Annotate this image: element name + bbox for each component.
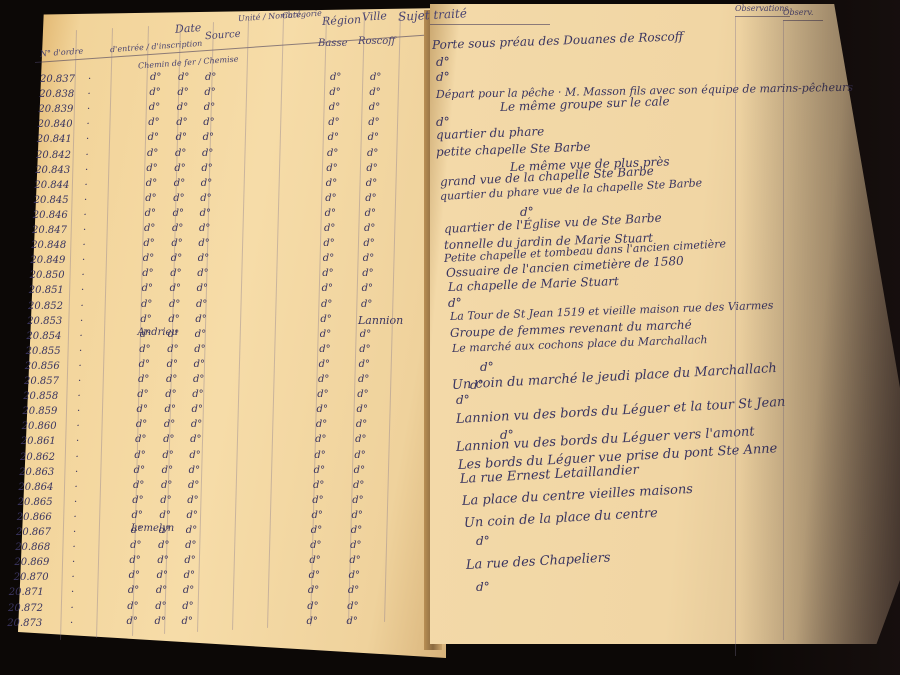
order-number: 20.867 (16, 527, 51, 538)
ditto-mark: d° (195, 329, 206, 340)
row-mark: · (72, 572, 75, 583)
order-number: 20.849 (30, 255, 65, 266)
row-mark: · (71, 587, 74, 598)
ditto-mark: d° (198, 253, 209, 264)
ditto-mark: d° (323, 238, 334, 249)
ditto-mark: d° (194, 359, 205, 370)
ditto-mark: d° (166, 374, 177, 385)
ditto-mark: d° (354, 465, 365, 476)
column-rule (735, 16, 736, 656)
ditto-mark: d° (189, 465, 200, 476)
ditto-mark: d° (167, 359, 178, 370)
ditto-mark: d° (366, 178, 377, 189)
ditto-mark: d° (164, 419, 175, 430)
row-mark: · (78, 376, 81, 387)
ditto-mark: d° (359, 359, 370, 370)
ditto-mark: d° (320, 329, 331, 340)
order-number: 20.838 (39, 89, 74, 100)
ditto-mark: d° (197, 268, 208, 279)
ditto-mark: d° (185, 540, 196, 551)
row-mark: · (87, 104, 90, 115)
ditto-mark: d° (319, 359, 330, 370)
ditto-mark: d° (323, 253, 334, 264)
header-rule-right (735, 16, 790, 17)
ditto-mark: d° (126, 616, 137, 627)
ditto-mark: d° (317, 389, 328, 400)
ditto-mark: d° (134, 465, 145, 476)
row-mark: · (77, 406, 80, 417)
order-number: 20.850 (30, 270, 65, 281)
row-mark: · (77, 421, 80, 432)
order-number: 20.839 (38, 104, 73, 115)
ditto-mark: d° (358, 374, 369, 385)
ditto-mark: d° (172, 223, 183, 234)
ditto-mark: d° (360, 329, 371, 340)
ditto-mark: d° (142, 283, 153, 294)
ditto-mark: d° (370, 72, 381, 83)
ditto-mark: d° (312, 495, 323, 506)
row-mark: · (88, 89, 91, 100)
ditto-mark: d° (352, 510, 363, 521)
ditto-mark: d° (162, 450, 173, 461)
row-mark: · (83, 240, 86, 251)
ditto-mark: d° (327, 148, 338, 159)
order-number: 20.865 (18, 497, 53, 508)
ditto-mark: d° (369, 102, 380, 113)
ditto-mark: d° (184, 570, 195, 581)
ditto-mark: d° (436, 70, 450, 84)
ditto-mark: d° (147, 148, 158, 159)
ditto-mark: d° (476, 580, 490, 594)
order-number: 20.857 (24, 376, 59, 387)
order-number: 20.862 (20, 452, 55, 463)
ditto-mark: d° (127, 601, 138, 612)
ditto-mark: d° (306, 616, 317, 627)
row-mark: · (72, 557, 75, 568)
order-number: 20.847 (32, 225, 67, 236)
order-number: 20.851 (29, 285, 64, 296)
ditto-mark: d° (317, 404, 328, 415)
ditto-mark: d° (448, 296, 462, 310)
ditto-mark: d° (171, 253, 182, 264)
row-mark: · (86, 134, 89, 145)
ditto-mark: d° (163, 434, 174, 445)
ditto-mark: d° (326, 178, 337, 189)
ditto-mark: d° (148, 132, 159, 143)
header-date: Date (175, 21, 202, 36)
ditto-mark: d° (319, 344, 330, 355)
ditto-mark: d° (187, 510, 198, 521)
ditto-mark: d° (183, 585, 194, 596)
row-mark: · (78, 391, 81, 402)
ditto-mark: d° (154, 616, 165, 627)
ditto-mark: d° (361, 299, 372, 310)
ditto-mark: d° (201, 163, 212, 174)
ditto-mark: d° (155, 601, 166, 612)
ditto-mark: d° (128, 585, 139, 596)
order-number: 20.870 (14, 572, 49, 583)
column-annotation: Lemelyn (131, 523, 174, 534)
ditto-mark: d° (310, 540, 321, 551)
row-mark: · (75, 482, 78, 493)
order-number: 20.873 (7, 618, 42, 629)
ditto-mark: d° (356, 419, 367, 430)
ditto-mark: d° (307, 601, 318, 612)
ditto-mark: d° (315, 434, 326, 445)
ditto-mark: d° (308, 585, 319, 596)
ditto-mark: d° (134, 450, 145, 461)
ditto-mark: d° (184, 555, 195, 566)
ditto-mark: d° (351, 525, 362, 536)
ditto-mark: d° (144, 223, 155, 234)
ditto-mark: d° (346, 616, 357, 627)
ditto-mark: d° (195, 314, 206, 325)
ditto-mark: d° (136, 419, 147, 430)
ditto-mark: d° (145, 193, 156, 204)
ditto-mark: d° (329, 102, 340, 113)
ditto-mark: d° (187, 495, 198, 506)
row-mark: · (73, 527, 76, 538)
ditto-mark: d° (200, 193, 211, 204)
ditto-mark: d° (189, 450, 200, 461)
ditto-mark: d° (150, 72, 161, 83)
order-number: 20.848 (31, 240, 66, 251)
ditto-mark: d° (309, 570, 320, 581)
header-observations-b: Observ. (783, 8, 813, 17)
ditto-mark: d° (322, 268, 333, 279)
row-mark: · (83, 225, 86, 236)
ditto-mark: d° (177, 102, 188, 113)
header-town: Ville (362, 9, 387, 23)
ditto-mark: d° (365, 208, 376, 219)
ditto-mark: d° (322, 283, 333, 294)
ditto-mark: d° (176, 117, 187, 128)
ditto-mark: d° (198, 238, 209, 249)
order-number: 20.856 (25, 361, 60, 372)
ditto-mark: d° (357, 404, 368, 415)
ditto-mark: d° (181, 616, 192, 627)
order-number: 20.868 (15, 542, 50, 553)
ditto-mark: d° (314, 450, 325, 461)
ditto-mark: d° (476, 534, 490, 548)
ditto-mark: d° (139, 344, 150, 355)
ditto-mark: d° (368, 117, 379, 128)
ditto-mark: d° (165, 389, 176, 400)
ditto-mark: d° (135, 434, 146, 445)
header-rule-right (430, 24, 550, 25)
order-number: 20.869 (14, 557, 49, 568)
column-rule (783, 20, 784, 640)
ditto-mark: d° (325, 193, 336, 204)
ditto-mark: d° (148, 117, 159, 128)
ditto-mark: d° (349, 570, 360, 581)
order-number: 20.844 (34, 180, 69, 191)
ditto-mark: d° (176, 132, 187, 143)
header-region: Région (322, 13, 362, 28)
row-mark: · (79, 346, 82, 357)
ditto-mark: d° (352, 495, 363, 506)
ditto-mark: d° (320, 314, 331, 325)
ditto-mark: d° (199, 223, 210, 234)
ditto-mark: d° (456, 393, 470, 407)
row-mark: · (73, 542, 76, 553)
ditto-mark: d° (193, 374, 204, 385)
row-mark: · (76, 436, 79, 447)
ditto-mark: d° (364, 223, 375, 234)
ditto-mark: d° (142, 268, 153, 279)
ditto-mark: d° (365, 193, 376, 204)
order-number: 20.872 (8, 603, 43, 614)
row-mark: · (88, 74, 91, 85)
ditto-mark: d° (204, 102, 215, 113)
ditto-mark: d° (167, 344, 178, 355)
ditto-mark: d° (318, 374, 329, 385)
ditto-mark: d° (203, 117, 214, 128)
ditto-mark: d° (328, 132, 339, 143)
header-sub-basse: Basse (318, 38, 348, 49)
ditto-mark: d° (158, 540, 169, 551)
order-number: 20.859 (22, 406, 57, 417)
ditto-mark: d° (137, 404, 148, 415)
header-observations: Observations (735, 4, 788, 13)
ditto-mark: d° (203, 132, 214, 143)
ditto-mark: d° (174, 163, 185, 174)
ditto-mark: d° (177, 87, 188, 98)
ditto-mark: d° (316, 419, 327, 430)
row-mark: · (80, 316, 83, 327)
order-number: 20.842 (36, 150, 71, 161)
ditto-mark: d° (160, 510, 171, 521)
ditto-mark: d° (196, 299, 207, 310)
ditto-mark: d° (347, 601, 358, 612)
ditto-mark: d° (436, 55, 450, 69)
order-number: 20.858 (23, 391, 58, 402)
order-number: 20.866 (17, 512, 52, 523)
ditto-mark: d° (368, 132, 379, 143)
ditto-mark: d° (133, 480, 144, 491)
ditto-mark: d° (204, 87, 215, 98)
ditto-mark: d° (205, 72, 216, 83)
ditto-mark: d° (329, 87, 340, 98)
ditto-mark: d° (188, 480, 199, 491)
ditto-mark: d° (480, 360, 494, 374)
row-mark: · (85, 165, 88, 176)
ditto-mark: d° (362, 268, 373, 279)
ditto-mark: d° (348, 585, 359, 596)
ditto-mark: d° (182, 601, 193, 612)
ditto-mark: d° (186, 525, 197, 536)
ditto-mark: d° (354, 450, 365, 461)
column-annotation: Andrieu (138, 327, 178, 338)
ditto-mark: d° (162, 465, 173, 476)
ditto-mark: d° (146, 178, 157, 189)
order-number: 20.871 (9, 587, 44, 598)
ditto-mark: d° (191, 419, 202, 430)
header-sub-roscoff: Roscoff (358, 36, 395, 47)
order-number: 20.854 (26, 331, 61, 342)
ditto-mark: d° (192, 404, 203, 415)
ditto-mark: d° (129, 570, 140, 581)
ditto-mark: d° (161, 480, 172, 491)
ditto-mark: d° (170, 283, 181, 294)
ditto-mark: d° (355, 434, 366, 445)
ditto-mark: d° (173, 208, 184, 219)
ditto-mark: d° (357, 389, 368, 400)
row-mark: · (80, 331, 83, 342)
ditto-mark: d° (146, 163, 157, 174)
ditto-mark: d° (165, 404, 176, 415)
ditto-mark: d° (330, 72, 341, 83)
ditto-mark: d° (170, 268, 181, 279)
ditto-mark: d° (202, 148, 213, 159)
ditto-mark: d° (130, 540, 141, 551)
ditto-mark: d° (137, 389, 148, 400)
ditto-mark: d° (321, 299, 332, 310)
place-annotation: Lannion (358, 314, 403, 327)
row-mark: · (70, 618, 73, 629)
ditto-mark: d° (157, 555, 168, 566)
ditto-mark: d° (194, 344, 205, 355)
ditto-mark: d° (328, 117, 339, 128)
order-number: 20.855 (26, 346, 61, 357)
ditto-mark: d° (362, 283, 373, 294)
ditto-mark: d° (139, 359, 150, 370)
ditto-mark: d° (312, 510, 323, 521)
ditto-mark: d° (367, 148, 378, 159)
row-mark: · (74, 497, 77, 508)
ditto-mark: d° (145, 208, 156, 219)
ditto-mark: d° (149, 102, 160, 113)
ditto-mark: d° (141, 299, 152, 310)
ditto-mark: d° (359, 344, 370, 355)
row-mark: · (71, 603, 74, 614)
row-mark: · (76, 452, 79, 463)
row-mark: · (75, 467, 78, 478)
ditto-mark: d° (197, 283, 208, 294)
order-number: 20.840 (38, 119, 73, 130)
ditto-mark: d° (350, 540, 361, 551)
order-number: 20.861 (21, 436, 56, 447)
order-number: 20.864 (18, 482, 53, 493)
order-number: 20.837 (40, 74, 75, 85)
ditto-mark: d° (132, 510, 143, 521)
ditto-mark: d° (175, 148, 186, 159)
ditto-mark: d° (353, 480, 364, 491)
row-mark: · (82, 270, 85, 281)
ditto-mark: d° (168, 314, 179, 325)
ditto-mark: d° (129, 555, 140, 566)
ditto-mark: d° (192, 389, 203, 400)
order-number: 20.845 (34, 195, 69, 206)
order-number: 20.860 (22, 421, 57, 432)
ditto-mark: d° (314, 465, 325, 476)
ditto-mark: d° (160, 495, 171, 506)
ditto-mark: d° (190, 434, 201, 445)
ditto-mark: d° (349, 555, 360, 566)
order-number: 20.841 (37, 134, 72, 145)
ditto-mark: d° (138, 374, 149, 385)
row-mark: · (87, 119, 90, 130)
order-number: 20.852 (28, 301, 63, 312)
row-mark: · (84, 195, 87, 206)
ditto-mark: d° (140, 314, 151, 325)
row-mark: · (81, 301, 84, 312)
ditto-mark: d° (313, 480, 324, 491)
row-mark: · (82, 255, 85, 266)
row-mark: · (86, 150, 89, 161)
ditto-mark: d° (157, 570, 168, 581)
ditto-mark: d° (143, 238, 154, 249)
order-number: 20.843 (35, 165, 70, 176)
order-number: 20.863 (19, 467, 54, 478)
ditto-mark: d° (324, 223, 335, 234)
order-number: 20.853 (27, 316, 62, 327)
ditto-mark: d° (178, 72, 189, 83)
ditto-mark: d° (149, 87, 160, 98)
ditto-mark: d° (143, 253, 154, 264)
order-number: 20.846 (33, 210, 68, 221)
open-ledger-book: 20.837·d°d°d°d°d°20.838·d°d°d°d°d°20.839… (0, 0, 900, 675)
row-mark: · (81, 285, 84, 296)
ditto-mark: d° (309, 555, 320, 566)
ditto-mark: d° (171, 238, 182, 249)
header-rule-right (783, 20, 823, 21)
ditto-mark: d° (200, 208, 211, 219)
ditto-mark: d° (201, 178, 212, 189)
ditto-mark: d° (311, 525, 322, 536)
ditto-mark: d° (363, 238, 374, 249)
ditto-mark: d° (169, 299, 180, 310)
ditto-mark: d° (326, 163, 337, 174)
row-mark: · (79, 361, 82, 372)
ditto-mark: d° (363, 253, 374, 264)
ditto-mark: d° (325, 208, 336, 219)
ditto-mark: d° (173, 193, 184, 204)
row-mark: · (74, 512, 77, 523)
ditto-mark: d° (156, 585, 167, 596)
ditto-mark: d° (366, 163, 377, 174)
ditto-mark: d° (369, 87, 380, 98)
row-mark: · (85, 180, 88, 191)
ditto-mark: d° (132, 495, 143, 506)
ditto-mark: d° (174, 178, 185, 189)
row-mark: · (84, 210, 87, 221)
